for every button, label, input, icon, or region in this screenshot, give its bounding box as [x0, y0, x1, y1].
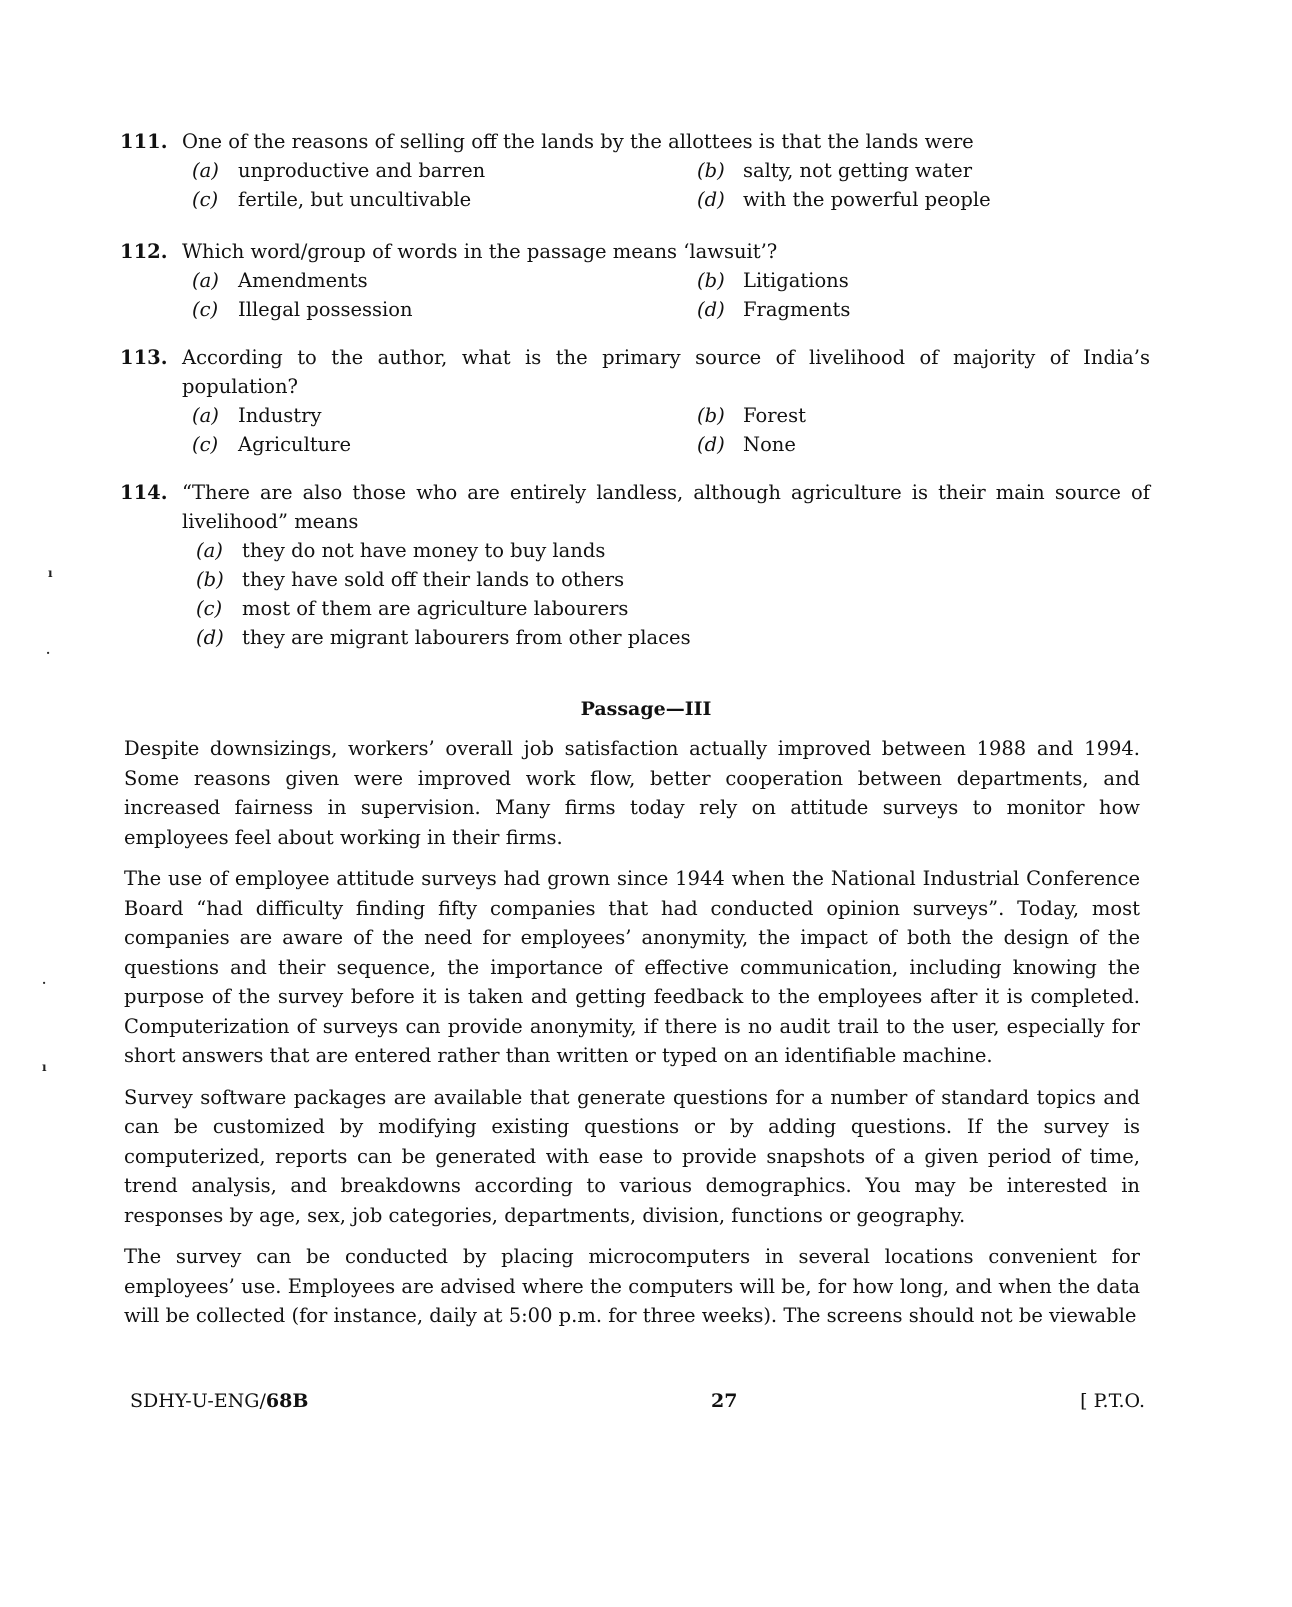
option-text: Amendments	[238, 266, 368, 295]
passage-title: Passage—III	[0, 698, 1292, 720]
question-text: “There are also those who are entirely l…	[182, 478, 1150, 536]
option-c: (c)Illegal possession	[192, 295, 697, 324]
question-number: 112.	[120, 237, 182, 266]
question-114: 114. “There are also those who are entir…	[120, 478, 1150, 652]
option-text: Agriculture	[238, 430, 351, 459]
option-text: unproductive and barren	[238, 156, 485, 185]
option-letter: (c)	[196, 594, 242, 623]
paper-code-suffix: 68B	[266, 1390, 309, 1412]
passage-body: Despite downsizings, workers’ overall jo…	[124, 734, 1140, 1343]
option-text: Forest	[743, 401, 806, 430]
passage-paragraph: Survey software packages are available t…	[124, 1083, 1140, 1231]
paper-code-prefix: SDHY-U-ENG/	[130, 1390, 266, 1412]
option-letter: (b)	[697, 266, 743, 295]
option-text: they do not have money to buy lands	[242, 536, 605, 565]
option-b: (b)salty, not getting water	[697, 156, 1117, 185]
option-letter: (d)	[697, 185, 743, 214]
option-text: with the powerful people	[743, 185, 991, 214]
option-text: salty, not getting water	[743, 156, 972, 185]
options: (a)they do not have money to buy lands (…	[196, 536, 1150, 652]
options: (a)Industry (b)Forest (c)Agriculture (d)…	[192, 401, 1150, 459]
question-number: 111.	[120, 127, 182, 156]
option-text: most of them are agriculture labourers	[242, 594, 628, 623]
option-d: (d)None	[697, 430, 1117, 459]
options: (a)unproductive and barren (b)salty, not…	[192, 156, 1150, 214]
option-letter: (c)	[192, 295, 238, 324]
scan-mark: ı	[48, 566, 53, 580]
option-letter: (d)	[697, 430, 743, 459]
question-113: 113. According to the author, what is th…	[120, 343, 1150, 459]
page-footer: SDHY-U-ENG/68B 27 [ P.T.O.	[130, 1390, 1145, 1412]
option-letter: (a)	[192, 401, 238, 430]
option-a: (a)Industry	[192, 401, 697, 430]
option-letter: (c)	[192, 185, 238, 214]
option-a: (a)Amendments	[192, 266, 697, 295]
option-text: Litigations	[743, 266, 849, 295]
scan-mark: ·	[42, 976, 46, 990]
option-c: (c)Agriculture	[192, 430, 697, 459]
option-b: (b)Litigations	[697, 266, 1117, 295]
question-111: 111. One of the reasons of selling off t…	[120, 127, 1150, 214]
question-112: 112. Which word/group of words in the pa…	[120, 237, 1150, 324]
option-letter: (d)	[196, 623, 242, 652]
option-text: they are migrant labourers from other pl…	[242, 623, 691, 652]
option-text: Fragments	[743, 295, 850, 324]
option-c: (c)most of them are agriculture labourer…	[196, 594, 1150, 623]
option-letter: (b)	[697, 156, 743, 185]
option-c: (c)fertile, but uncultivable	[192, 185, 697, 214]
option-text: Illegal possession	[238, 295, 413, 324]
passage-paragraph: Despite downsizings, workers’ overall jo…	[124, 734, 1140, 852]
question-text: One of the reasons of selling off the la…	[182, 127, 1150, 156]
question-number: 113.	[120, 343, 182, 401]
option-letter: (a)	[192, 156, 238, 185]
option-d: (d)they are migrant labourers from other…	[196, 623, 1150, 652]
option-a: (a)unproductive and barren	[192, 156, 697, 185]
option-text: fertile, but uncultivable	[238, 185, 471, 214]
option-a: (a)they do not have money to buy lands	[196, 536, 1150, 565]
paper-code: SDHY-U-ENG/68B	[130, 1390, 308, 1412]
option-text: Industry	[238, 401, 321, 430]
passage-paragraph: The use of employee attitude surveys had…	[124, 864, 1140, 1071]
option-letter: (a)	[192, 266, 238, 295]
scan-mark: ı	[42, 1060, 47, 1074]
option-letter: (b)	[697, 401, 743, 430]
option-d: (d)Fragments	[697, 295, 1117, 324]
option-letter: (c)	[192, 430, 238, 459]
option-text: None	[743, 430, 796, 459]
option-b: (b)Forest	[697, 401, 1117, 430]
option-letter: (b)	[196, 565, 242, 594]
option-text: they have sold off their lands to others	[242, 565, 624, 594]
option-b: (b)they have sold off their lands to oth…	[196, 565, 1150, 594]
passage-paragraph: The survey can be conducted by placing m…	[124, 1242, 1140, 1331]
option-d: (d)with the powerful people	[697, 185, 1117, 214]
option-letter: (d)	[697, 295, 743, 324]
question-text: Which word/group of words in the passage…	[182, 237, 1150, 266]
scan-mark: ·	[46, 646, 50, 660]
pto-label: [ P.T.O.	[1080, 1390, 1145, 1412]
page-number: 27	[711, 1390, 737, 1412]
option-letter: (a)	[196, 536, 242, 565]
options: (a)Amendments (b)Litigations (c)Illegal …	[192, 266, 1150, 324]
question-number: 114.	[120, 478, 182, 536]
exam-page: ı · · ı 111. One of the reasons of selli…	[0, 0, 1292, 1607]
question-text: According to the author, what is the pri…	[182, 343, 1150, 401]
